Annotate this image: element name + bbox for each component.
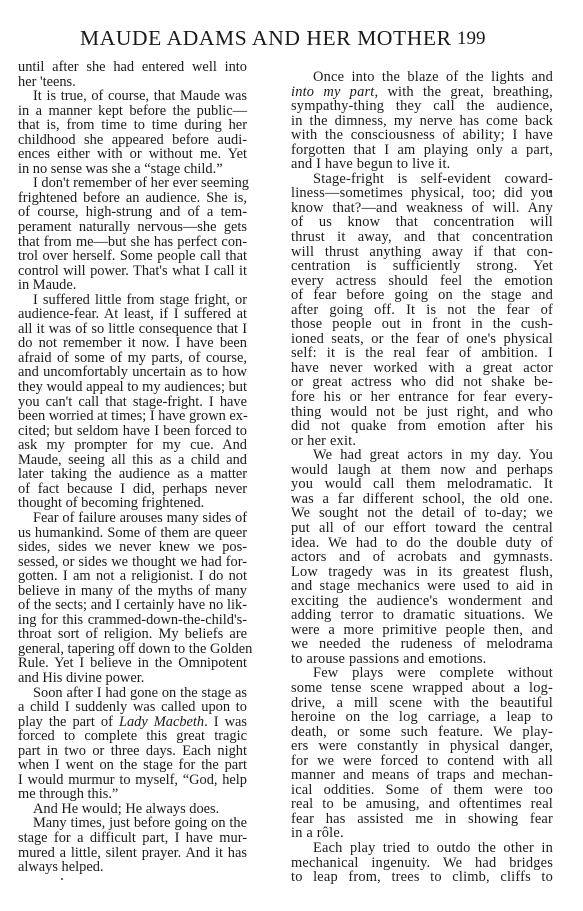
text-line: believe in many of the myths of many (18, 584, 247, 599)
text-line: liness—sometimes physical, too; did you (291, 186, 553, 201)
text-line: Once into the blaze of the lights and (291, 70, 553, 85)
text-line: ioned seats, or the fear of one's physic… (291, 332, 553, 347)
scan-speck (61, 878, 63, 880)
text-line: that from me—but she has perfect con- (18, 235, 247, 250)
text-line: Few plays were complete without (291, 666, 553, 681)
text-line: It is true, of course, that Maude was (18, 89, 247, 104)
text-line: to arouse passions and emotions. (291, 652, 553, 667)
page-header: MAUDE ADAMS AND HER MOTHER 199 (0, 22, 583, 52)
text-line: and I have begun to live it. (291, 157, 553, 172)
text-line: general, tapering off down to the Golden (18, 642, 247, 657)
text-line: with the consciousness of ability; I hav… (291, 128, 553, 143)
text-line: you can't call that stage-fright. I have (18, 395, 247, 410)
text-line: to leap from, trees to climb, cliffs to (291, 870, 553, 885)
text-line: childhood she appeared before audi- (18, 133, 247, 148)
scan-speck (549, 190, 552, 193)
text-line: was a far different school, the old one. (291, 492, 553, 507)
text-line: I suffered little from stage fright, or (18, 293, 247, 308)
text-line: gotten. I am not a religionist. I do not (18, 569, 247, 584)
text-line: fore his or her entrance for fear every- (291, 390, 553, 405)
text-line: thing would not be just right, and who (291, 405, 553, 420)
text-line: mechanical ingenuity. We had bridges (291, 856, 553, 871)
text-line: sympathy-thing they call the audience, (291, 99, 553, 114)
text-line: forced to complete this great tragic (18, 729, 247, 744)
text-line: actors and of acrobats and gymnasts. (291, 550, 553, 565)
text-line: heroine on the log carriage, a leap to (291, 710, 553, 725)
text-line: We had great actors in my day. You (291, 448, 553, 463)
text-line: centration is sufficiently strong. Yet (291, 259, 553, 274)
text-line: I don't remember of her ever seeming (18, 176, 247, 191)
text-line: in Maude. (18, 278, 247, 293)
text-line: did not quake from emotion after his (291, 419, 553, 434)
text-line: Low tragedy was in its greatest flush, (291, 565, 553, 580)
text-line: stage for a difficult part, I have mur- (18, 831, 247, 846)
text-line: death, or some such feature. We play- (291, 725, 553, 740)
text-line: ical oddities. Some of them were too (291, 783, 553, 798)
text-line: later taking the audience as a matter (18, 467, 247, 482)
text-line: of fear before going on the stage and (291, 288, 553, 303)
text-line: Fear of failure arouses many sides of (18, 511, 247, 526)
text-line: in the dimness, my nerve has come back (291, 114, 553, 129)
text-line: cited; but seldom have I been forced to (18, 424, 247, 439)
text-line: fear has assisted me in showing fear (291, 812, 553, 827)
text-line: ask my prompter for my cue. And (18, 438, 247, 453)
text-line: every actress should feel the emotion (291, 274, 553, 289)
text-line: us humankind. Some of them are queer (18, 526, 247, 541)
text-line: exciting the audience's wonderment and (291, 594, 553, 609)
text-line: Rule. Yet I believe in the Omnipotent (18, 656, 247, 671)
text-line: idea. We had to do the double duty of (291, 536, 553, 551)
text-line: Maude, seeing all this as a child and (18, 453, 247, 468)
text-line: manner and means of traps and mechan- (291, 768, 553, 783)
text-line: me through this.” (18, 787, 247, 802)
text-line: trol over herself. Some people call that (18, 249, 247, 264)
text-line: you would call them melodramatic. It (291, 477, 553, 492)
text-line: Many times, just before going on the (18, 816, 247, 831)
text-line: afraid of some of my parts, of course, (18, 351, 247, 366)
text-line: or great actress who did not shake be- (291, 375, 553, 390)
text-line: mured a little, silent prayer. And it ha… (18, 846, 247, 861)
text-line: always helped. (18, 860, 247, 875)
text-line: perament naturally nervous—she gets (18, 220, 247, 235)
text-line: and His divine power. (18, 671, 247, 686)
text-line: have never worked with a great actor (291, 361, 553, 376)
text-line: thrust it away, and that concentration (291, 230, 553, 245)
text-line: real to be amusing, and oftentimes real (291, 797, 553, 812)
text-line: We sought not the detail of to-day; we (291, 506, 553, 521)
text-line: Soon after I had gone on the stage as (18, 686, 247, 701)
text-line: part in two or three days. Each night (18, 744, 247, 759)
text-line: after going off. It is not the fear of (291, 303, 553, 318)
text-line: play the part of Lady Macbeth. I was (18, 715, 247, 730)
text-line: were a more primitive people then, and (291, 623, 553, 638)
text-line: would laugh at them now and perhaps (291, 463, 553, 478)
text-line: they would appeal to my audiences; but (18, 380, 247, 395)
text-line: sides, sides we never knew we pos- (18, 540, 247, 555)
text-line: know that?—and weakness of will. Any (291, 201, 553, 216)
text-line: forgotten that I am playing only a part, (291, 143, 553, 158)
text-line: of fact because I did, perhaps never (18, 482, 247, 497)
text-line: we needed the rudeness of melodrama (291, 637, 553, 652)
text-line: do not remember it now. I have been (18, 336, 247, 351)
text-line: of us know that concentration will (291, 215, 553, 230)
text-line: Each play tried to outdo the other in (291, 841, 553, 856)
running-title: MAUDE ADAMS AND HER MOTHER (80, 26, 452, 51)
left-column: until after she had entered well intoher… (18, 60, 247, 875)
text-line: thought of becoming frightened. (18, 496, 247, 511)
text-line: ences either with or without me. Yet (18, 147, 247, 162)
text-line: some tense scene wrapped about a log- (291, 681, 553, 696)
text-line: sessed, or sides we thought we had for- (18, 555, 247, 570)
text-line: frightened before an audience. She is, (18, 191, 247, 206)
text-line: until after she had entered well into (18, 60, 247, 75)
text-line: when I went on the stage for the part (18, 758, 247, 773)
text-line: drive, a mill scene with the beautiful (291, 696, 553, 711)
text-line: all it was of so little consequence that… (18, 322, 247, 337)
text-line: throat sort of religion. My beliefs are (18, 627, 247, 642)
text-line: put all of our effort toward the central (291, 521, 553, 536)
text-line: ing for this crammed-down-the-child's- (18, 613, 247, 628)
text-line: into my part, with the great, breathing, (291, 85, 553, 100)
text-line: I would murmur to myself, “God, help (18, 773, 247, 788)
text-line: in a manner kept before the public— (18, 104, 247, 119)
text-line: in a rôle. (291, 826, 553, 841)
text-line: or her exit. (291, 434, 553, 449)
text-line: adding terror to dramatic situations. We (291, 608, 553, 623)
text-line: her 'teens. (18, 75, 247, 90)
text-line: control will power. That's what I call i… (18, 264, 247, 279)
text-line: ers were constantly in physical danger, (291, 739, 553, 754)
text-line: of course, high-strung and of a tem- (18, 205, 247, 220)
text-line: and uncomfortably uncertain as to how (18, 365, 247, 380)
text-line: audience-fear. At least, if I suffered a… (18, 307, 247, 322)
text-line: and stage mechanics were used to aid in (291, 579, 553, 594)
text-line: And He would; He always does. (18, 802, 247, 817)
text-line: for we were forced to contend with all (291, 754, 553, 769)
text-line: that is, from time to time during her (18, 118, 247, 133)
text-line: in no sense was she a “stage child.” (18, 162, 247, 177)
text-line: a child I suddenly was called upon to (18, 700, 247, 715)
text-line: those people out in front in the cush- (291, 317, 553, 332)
right-column: Once into the blaze of the lights andint… (291, 70, 553, 885)
text-line: Stage-fright is self-evident coward- (291, 172, 553, 187)
text-line: will thrust anything away if that con- (291, 245, 553, 260)
text-line: self: it is the real fear of ambition. I (291, 346, 553, 361)
text-line: been worried at times; I have grown ex- (18, 409, 247, 424)
page-number: 199 (457, 28, 486, 50)
text-line: of the sects; and I certainly have no li… (18, 598, 247, 613)
